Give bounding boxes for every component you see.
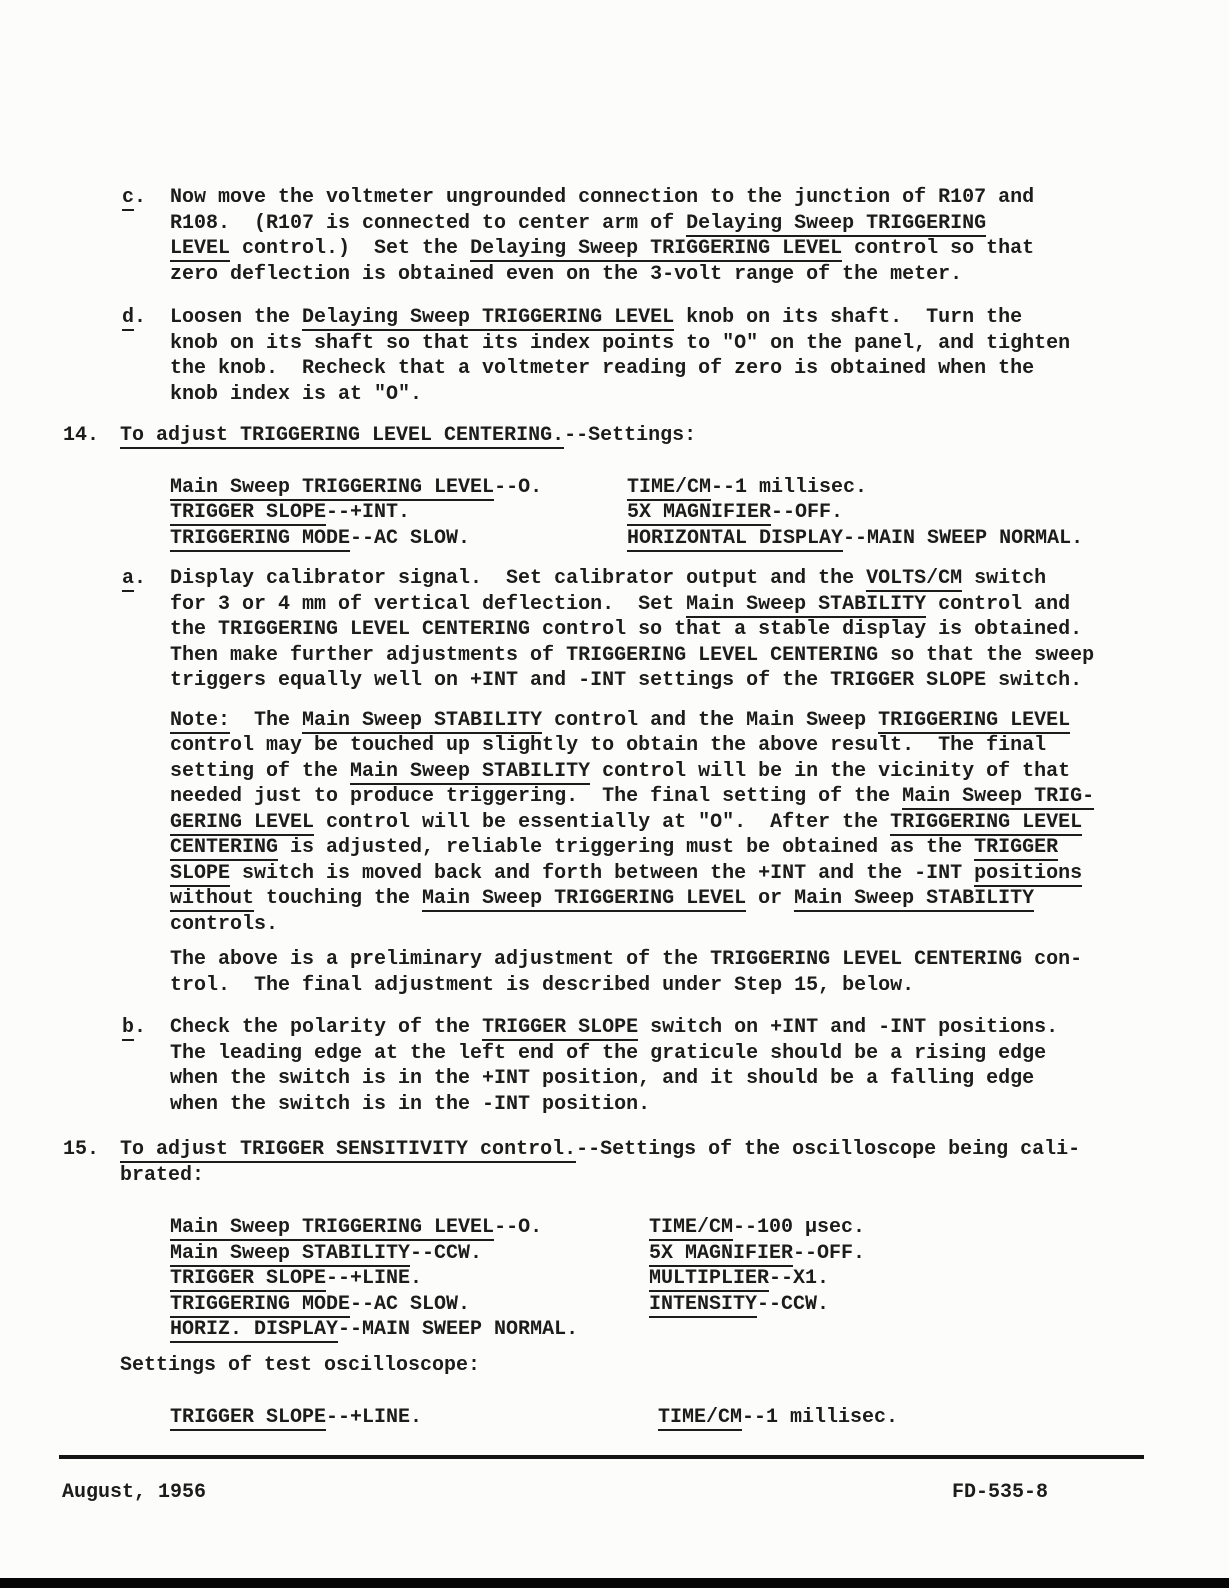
- text-segment: --OFF.: [771, 501, 843, 524]
- text-segment: setting of the: [170, 760, 350, 783]
- text-segment: --AC SLOW.: [350, 1293, 470, 1316]
- settings-row: TRIGGERING MODE--AC SLOW.INTENSITY--CCW.: [170, 1292, 1229, 1318]
- text-line: Display calibrator signal. Set calibrato…: [170, 566, 1229, 592]
- text-segment: Main Sweep STABILITY: [686, 593, 926, 618]
- settings-row: Main Sweep TRIGGERING LEVEL--O.TIME/CM--…: [170, 475, 1229, 501]
- text-segment: the TRIGGERING LEVEL CENTERING control s…: [170, 618, 1082, 641]
- settings-row: TRIGGERING MODE--AC SLOW.HORIZONTAL DISP…: [170, 526, 1229, 552]
- step-a-label: a.: [122, 566, 146, 592]
- text-segment: positions: [974, 862, 1082, 887]
- footer-rule: [59, 1455, 1144, 1459]
- step-d-label: d.: [122, 305, 146, 331]
- text-segment: Main Sweep STABILITY: [170, 1242, 410, 1267]
- preliminary-adjustment-paragraph: The above is a preliminary adjustment of…: [0, 947, 1229, 998]
- step-b-paragraph: Check the polarity of the TRIGGER SLOPE …: [170, 1015, 1229, 1117]
- text-segment: --100 μsec.: [733, 1216, 865, 1239]
- footer-document-id: FD-535-8: [952, 1480, 1048, 1506]
- text-segment: switch: [962, 567, 1046, 590]
- text-line: control may be touched up slightly to ob…: [170, 733, 1229, 759]
- text-segment: Main Sweep STABILITY: [794, 887, 1034, 912]
- text-segment: .: [134, 1016, 146, 1039]
- text-segment: --OFF.: [793, 1242, 865, 1265]
- text-segment: touching the: [254, 887, 422, 910]
- text-segment: INTENSITY: [649, 1293, 757, 1318]
- text-segment: TRIGGERING LEVEL: [890, 811, 1082, 836]
- text-segment: triggers equally well on +INT and -INT s…: [170, 669, 1082, 692]
- text-line: when the switch is in the -INT position.: [170, 1092, 1229, 1118]
- text-segment: c: [122, 186, 134, 211]
- preliminary-adjustment-text: The above is a preliminary adjustment of…: [170, 947, 1229, 998]
- text-segment: CENTERING: [170, 836, 278, 861]
- text-segment: .: [134, 186, 146, 209]
- settings-cell-right: INTENSITY--CCW.: [649, 1292, 829, 1318]
- text-segment: SLOPE: [170, 862, 230, 887]
- text-segment: --1 millisec.: [742, 1406, 898, 1429]
- text-segment: switch is moved back and forth between t…: [230, 862, 974, 885]
- text-line: needed just to produce triggering. The f…: [170, 784, 1229, 810]
- settings-row: TRIGGER SLOPE--+LINE.MULTIPLIER--X1.: [170, 1266, 1229, 1292]
- settings-cell-right: HORIZONTAL DISPLAY--MAIN SWEEP NORMAL.: [627, 526, 1083, 552]
- text-segment: --O.: [494, 476, 542, 499]
- step-c-paragraph: Now move the voltmeter ungrounded connec…: [170, 185, 1229, 287]
- text-segment: a: [122, 567, 134, 592]
- text-segment: The: [230, 709, 302, 732]
- text-segment: when the switch is in the +INT position,…: [170, 1067, 1034, 1090]
- settings-row: Main Sweep STABILITY--CCW.5X MAGNIFIER--…: [170, 1241, 1229, 1267]
- text-segment: Loosen the: [170, 306, 302, 329]
- text-line: To adjust TRIGGER SENSITIVITY control.--…: [120, 1137, 1229, 1163]
- text-line: R108. (R107 is connected to center arm o…: [170, 211, 1229, 237]
- text-segment: control will be in the vicinity of that: [590, 760, 1070, 783]
- text-segment: --O.: [494, 1216, 542, 1239]
- text-segment: Check the polarity of the: [170, 1016, 482, 1039]
- text-segment: control and the Main Sweep: [542, 709, 878, 732]
- text-segment: Main Sweep TRIG-: [902, 785, 1094, 810]
- text-segment: TIME/CM: [649, 1216, 733, 1241]
- text-segment: Main Sweep TRIGGERING LEVEL: [422, 887, 746, 912]
- step-c-label: c.: [122, 185, 146, 211]
- settings-cell-right: 5X MAGNIFIER--OFF.: [649, 1241, 865, 1267]
- text-segment: .: [134, 306, 146, 329]
- text-segment: --Settings of the oscilloscope being cal…: [576, 1138, 1080, 1161]
- text-segment: VOLTS/CM: [866, 567, 962, 592]
- text-line: Then make further adjustments of TRIGGER…: [170, 643, 1229, 669]
- text-line: To adjust TRIGGERING LEVEL CENTERING.--S…: [120, 423, 1229, 449]
- text-line: Note: The Main Sweep STABILITY control a…: [170, 708, 1229, 734]
- text-segment: without: [170, 887, 254, 912]
- text-segment: --+INT.: [326, 501, 410, 524]
- text-line: controls.: [170, 912, 1229, 938]
- step-15-title: To adjust TRIGGER SENSITIVITY control.--…: [120, 1137, 1229, 1188]
- text-segment: TRIGGER SLOPE: [170, 501, 326, 526]
- settings-cell-right: 5X MAGNIFIER--OFF.: [627, 500, 843, 526]
- text-segment: .: [134, 567, 146, 590]
- text-line: zero deflection is obtained even on the …: [170, 262, 1229, 288]
- text-segment: knob on its shaft so that its index poin…: [170, 332, 1070, 355]
- text-line: LEVEL control.) Set the Delaying Sweep T…: [170, 236, 1229, 262]
- settings-row: TRIGGER SLOPE--+LINE.TIME/CM--1 millisec…: [170, 1405, 1229, 1431]
- text-segment: TIME/CM: [658, 1406, 742, 1431]
- settings-table-test-oscilloscope: TRIGGER SLOPE--+LINE.TIME/CM--1 millisec…: [0, 1405, 1229, 1431]
- text-line: Now move the voltmeter ungrounded connec…: [170, 185, 1229, 211]
- text-segment: brated:: [120, 1164, 204, 1187]
- text-segment: GERING LEVEL: [170, 811, 314, 836]
- text-segment: MULTIPLIER: [649, 1267, 769, 1292]
- text-line: setting of the Main Sweep STABILITY cont…: [170, 759, 1229, 785]
- text-segment: The above is a preliminary adjustment of…: [170, 948, 1082, 971]
- text-segment: Display calibrator signal. Set calibrato…: [170, 567, 866, 590]
- text-line: CENTERING is adjusted, reliable triggeri…: [170, 835, 1229, 861]
- text-segment: needed just to produce triggering. The f…: [170, 785, 902, 808]
- settings-cell-left: TRIGGER SLOPE--+INT.: [170, 500, 627, 526]
- text-segment: TRIGGER SLOPE: [170, 1267, 326, 1292]
- page-footer: August, 1956 FD-535-8: [0, 1480, 1229, 1506]
- settings-cell-left: Main Sweep TRIGGERING LEVEL--O.: [170, 1215, 649, 1241]
- text-line: the knob. Recheck that a voltmeter readi…: [170, 356, 1229, 382]
- settings-cell-right: MULTIPLIER--X1.: [649, 1266, 829, 1292]
- text-segment: Delaying Sweep TRIGGERING: [686, 212, 986, 237]
- text-segment: d: [122, 306, 134, 331]
- text-segment: Delaying Sweep TRIGGERING LEVEL: [302, 306, 674, 331]
- text-line: Check the polarity of the TRIGGER SLOPE …: [170, 1015, 1229, 1041]
- text-segment: --CCW.: [757, 1293, 829, 1316]
- settings-cell-left: TRIGGERING MODE--AC SLOW.: [170, 1292, 649, 1318]
- text-segment: To adjust TRIGGER SENSITIVITY control.: [120, 1138, 576, 1163]
- settings-table-step-14: Main Sweep TRIGGERING LEVEL--O.TIME/CM--…: [0, 475, 1229, 552]
- test-oscilloscope-heading-text: Settings of test oscilloscope:: [120, 1353, 1229, 1379]
- footer-date: August, 1956: [62, 1480, 206, 1506]
- settings-cell-left: TRIGGER SLOPE--+LINE.: [170, 1405, 658, 1431]
- text-line: when the switch is in the +INT position,…: [170, 1066, 1229, 1092]
- text-segment: Main Sweep TRIGGERING LEVEL: [170, 476, 494, 501]
- settings-cell-right: TIME/CM--100 μsec.: [649, 1215, 865, 1241]
- text-segment: Settings of test oscilloscope:: [120, 1354, 480, 1377]
- settings-cell-left: TRIGGERING MODE--AC SLOW.: [170, 526, 627, 552]
- text-segment: TRIGGERING LEVEL: [878, 709, 1070, 734]
- text-segment: The leading edge at the left end of the …: [170, 1042, 1046, 1065]
- settings-cell-left: Main Sweep TRIGGERING LEVEL--O.: [170, 475, 627, 501]
- text-segment: control may be touched up slightly to ob…: [170, 734, 1046, 757]
- text-line: trol. The final adjustment is described …: [170, 973, 1229, 999]
- text-segment: TIME/CM: [627, 476, 711, 501]
- text-segment: control and: [926, 593, 1070, 616]
- text-segment: TRIGGER SLOPE: [482, 1016, 638, 1041]
- text-segment: --MAIN SWEEP NORMAL.: [843, 527, 1083, 550]
- text-segment: Delaying Sweep TRIGGERING LEVEL: [470, 237, 842, 262]
- settings-table-step-15: Main Sweep TRIGGERING LEVEL--O.TIME/CM--…: [0, 1215, 1229, 1343]
- settings-row: Main Sweep TRIGGERING LEVEL--O.TIME/CM--…: [170, 1215, 1229, 1241]
- step-d-paragraph: Loosen the Delaying Sweep TRIGGERING LEV…: [170, 305, 1229, 407]
- text-segment: TRIGGER SLOPE: [170, 1406, 326, 1431]
- text-segment: HORIZ. DISPLAY: [170, 1318, 338, 1343]
- text-segment: LEVEL: [170, 237, 230, 262]
- note-text: Note: The Main Sweep STABILITY control a…: [170, 708, 1229, 938]
- text-segment: when the switch is in the -INT position.: [170, 1093, 650, 1116]
- text-segment: To adjust TRIGGERING LEVEL CENTERING.: [120, 424, 564, 449]
- note-paragraph: Note: The Main Sweep STABILITY control a…: [0, 708, 1229, 938]
- text-segment: controls.: [170, 913, 278, 936]
- text-segment: --Settings:: [564, 424, 696, 447]
- text-line: brated:: [120, 1163, 1229, 1189]
- text-segment: TRIGGERING MODE: [170, 527, 350, 552]
- text-segment: switch on +INT and -INT positions.: [638, 1016, 1058, 1039]
- text-segment: --MAIN SWEEP NORMAL.: [338, 1318, 578, 1341]
- step-b: b. Check the polarity of the TRIGGER SLO…: [0, 1015, 1229, 1117]
- step-14-heading: 14. To adjust TRIGGERING LEVEL CENTERING…: [0, 423, 1229, 449]
- text-segment: is adjusted, reliable triggering must be…: [278, 836, 974, 859]
- step-b-label: b.: [122, 1015, 146, 1041]
- step-15-number: 15.: [63, 1137, 99, 1163]
- text-segment: Then make further adjustments of TRIGGER…: [170, 644, 1094, 667]
- text-line: the TRIGGERING LEVEL CENTERING control s…: [170, 617, 1229, 643]
- text-segment: --AC SLOW.: [350, 527, 470, 550]
- text-segment: Note:: [170, 709, 230, 734]
- step-14-title: To adjust TRIGGERING LEVEL CENTERING.--S…: [120, 423, 1229, 449]
- text-segment: R108. (R107 is connected to center arm o…: [170, 212, 686, 235]
- text-segment: control so that: [842, 237, 1034, 260]
- settings-cell-right: TIME/CM--1 millisec.: [627, 475, 867, 501]
- step-15-heading: 15. To adjust TRIGGER SENSITIVITY contro…: [0, 1137, 1229, 1188]
- text-line: The above is a preliminary adjustment of…: [170, 947, 1229, 973]
- text-segment: --+LINE.: [326, 1406, 422, 1429]
- text-segment: control will be essentially at "O". Afte…: [314, 811, 890, 834]
- text-segment: the knob. Recheck that a voltmeter readi…: [170, 357, 1034, 380]
- step-a-paragraph: Display calibrator signal. Set calibrato…: [170, 566, 1229, 694]
- text-line: knob on its shaft so that its index poin…: [170, 331, 1229, 357]
- text-segment: for 3 or 4 mm of vertical deflection. Se…: [170, 593, 686, 616]
- text-line: The leading edge at the left end of the …: [170, 1041, 1229, 1067]
- text-segment: b: [122, 1016, 134, 1041]
- text-segment: knob on its shaft. Turn the: [674, 306, 1022, 329]
- step-14-number: 14.: [63, 423, 99, 449]
- settings-cell-right: TIME/CM--1 millisec.: [658, 1405, 898, 1431]
- text-segment: --+LINE.: [326, 1267, 422, 1290]
- text-line: GERING LEVEL control will be essentially…: [170, 810, 1229, 836]
- text-line: knob index is at "O".: [170, 382, 1229, 408]
- settings-row: TRIGGER SLOPE--+INT.5X MAGNIFIER--OFF.: [170, 500, 1229, 526]
- step-a: a. Display calibrator signal. Set calibr…: [0, 566, 1229, 694]
- text-line: SLOPE switch is moved back and forth bet…: [170, 861, 1229, 887]
- step-d: d. Loosen the Delaying Sweep TRIGGERING …: [0, 305, 1229, 407]
- document-page: c. Now move the voltmeter ungrounded con…: [0, 0, 1229, 1588]
- text-segment: --CCW.: [410, 1242, 482, 1265]
- text-segment: Now move the voltmeter ungrounded connec…: [170, 186, 1034, 209]
- text-segment: TRIGGER: [974, 836, 1058, 861]
- text-line: triggers equally well on +INT and -INT s…: [170, 668, 1229, 694]
- settings-cell-left: Main Sweep STABILITY--CCW.: [170, 1241, 649, 1267]
- scan-edge-bar: [0, 1578, 1229, 1588]
- text-segment: knob index is at "O".: [170, 383, 422, 406]
- text-line: Settings of test oscilloscope:: [120, 1353, 1229, 1379]
- text-segment: --X1.: [769, 1267, 829, 1290]
- step-c: c. Now move the voltmeter ungrounded con…: [0, 185, 1229, 287]
- text-segment: Main Sweep TRIGGERING LEVEL: [170, 1216, 494, 1241]
- text-segment: control.) Set the: [230, 237, 470, 260]
- text-segment: 5X MAGNIFIER: [649, 1242, 793, 1267]
- text-segment: or: [746, 887, 794, 910]
- text-segment: HORIZONTAL DISPLAY: [627, 527, 843, 552]
- test-oscilloscope-heading: Settings of test oscilloscope:: [0, 1353, 1229, 1379]
- text-segment: Main Sweep STABILITY: [350, 760, 590, 785]
- text-segment: zero deflection is obtained even on the …: [170, 263, 962, 286]
- text-segment: trol. The final adjustment is described …: [170, 974, 914, 997]
- text-segment: --1 millisec.: [711, 476, 867, 499]
- settings-cell-left: HORIZ. DISPLAY--MAIN SWEEP NORMAL.: [170, 1317, 649, 1343]
- text-line: Loosen the Delaying Sweep TRIGGERING LEV…: [170, 305, 1229, 331]
- text-line: for 3 or 4 mm of vertical deflection. Se…: [170, 592, 1229, 618]
- settings-cell-left: TRIGGER SLOPE--+LINE.: [170, 1266, 649, 1292]
- text-line: without touching the Main Sweep TRIGGERI…: [170, 886, 1229, 912]
- text-segment: 5X MAGNIFIER: [627, 501, 771, 526]
- text-segment: TRIGGERING MODE: [170, 1293, 350, 1318]
- settings-row: HORIZ. DISPLAY--MAIN SWEEP NORMAL.: [170, 1317, 1229, 1343]
- text-segment: Main Sweep STABILITY: [302, 709, 542, 734]
